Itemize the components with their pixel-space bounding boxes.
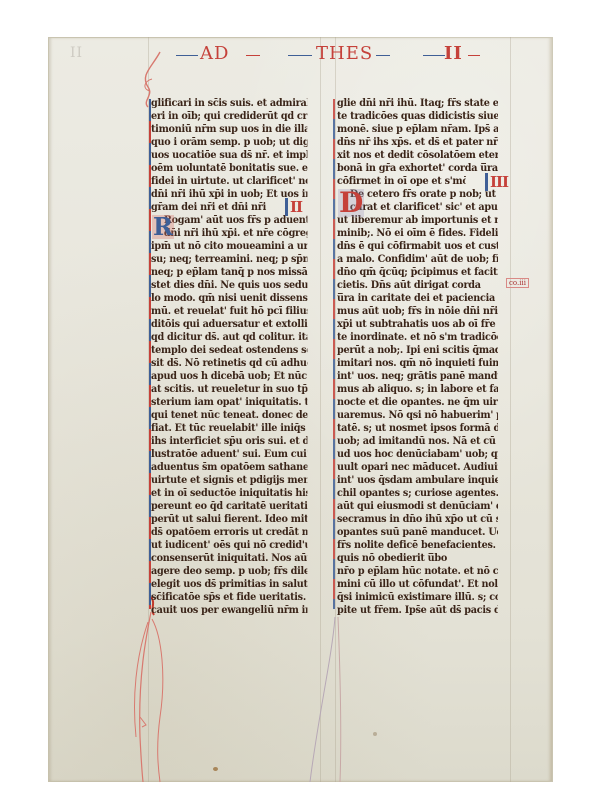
text-line: mini cū illo ut cōfundat'. Et nolite (337, 578, 498, 591)
text-line: ipm̄ ut nō cito moueamini a uro sē (151, 240, 307, 253)
text-line: uos uocatiōe sua ds̄ nr̄. et impleat (151, 149, 307, 162)
text-line: lustratōe aduent' sui. Eum cui' e (151, 448, 307, 461)
text-line: dn̄s ē qui cōfirmabit uos et custodiet (337, 240, 498, 253)
text-line: fiat. Et tūc reuelabit' ille iniq̄s q̄ d… (151, 422, 307, 435)
text-line: a malo. Confidim' aūt de uob; fr̄s in (337, 253, 498, 266)
initial-d: D (338, 189, 364, 217)
text-line: chil opantes s; curiose agentes. Hijs (337, 487, 498, 500)
text-line: fidei in uirtute. ut clarificet' nomen (151, 175, 307, 188)
text-line: dn̄i nr̄i ihū xp̄i in uob; Et uos in ill… (151, 188, 307, 201)
text-line: timoniū nr̄m sup uos in die illa. In (151, 123, 307, 136)
text-line: bonā in gr̄a exhortet' corda u̅ra et (337, 162, 498, 175)
manuscript-leaf: II AD THES II glificari in sc̄is suis. e… (48, 37, 553, 782)
right-column-border (333, 99, 335, 609)
text-line: mū. et reuelat' fuit hō pcī filius p (151, 305, 307, 318)
text-line: perūt ut salui fierent. Ideo mittet illi… (151, 513, 307, 526)
text-line: te tradicōes quas didicistis siue p s' (337, 110, 498, 123)
text-line: tatē. s; ut nosmet ipsos formā darem' (337, 422, 498, 435)
text-line: te inordinate. et nō s'm tradicōem q̄m a… (337, 331, 498, 344)
text-line: ud uos hoc denūciabam' uob; qm̄ siq's nō (337, 448, 498, 461)
text-line: int' uos. neq; grātis panē manducaui (337, 370, 498, 383)
text-line: cietis. Dn̄s aūt dirigat corda (337, 279, 498, 292)
text-line: dn̄i nr̄i ihū xp̄i. et nr̄e cōgregatōis … (151, 227, 307, 240)
text-line: mus ab aliquo. s; in labore et fatigatiō… (337, 383, 498, 396)
text-line: uirtute et signis et pdigijs mendacib; (151, 474, 307, 487)
text-line: nocte et die opantes. ne q̄m uirm grā (337, 396, 498, 409)
text-line: quo i orām semp. p uob; ut dignetur (151, 136, 307, 149)
text-line: apud uos h dicebā uob; Et nūc q̄d detine (151, 370, 307, 383)
text-line: secramus in dn̄o ihū xp̄o ut cū silencio (337, 513, 498, 526)
stain-spot (213, 767, 218, 771)
text-line: glie dn̄i nr̄i ihū. Itaq; fr̄s state et … (337, 97, 498, 110)
text-line: aūt qui eiusmodi st̄ denūciam' et ob (337, 500, 498, 513)
text-line: sterium iam opat' iniquitatis. tm̄ ut (151, 396, 307, 409)
text-line: at scitis. ut reueletur in suo tp̄e. Nā … (151, 383, 307, 396)
text-line: elegit uos ds̄ primitias in salutē in (151, 578, 307, 591)
text-line: monē. siue p ep̄lam nr̄am. Ips̄ aūt (337, 123, 498, 136)
text-line: int' uos q̄sdam ambulare inquiete ni (337, 474, 498, 487)
chapter-marker-ii: II (285, 198, 302, 216)
text-line: ditōis qui aduersatur et extollit' sup o… (151, 318, 307, 331)
text-line: oēm uoluntatē bonitatis sue. et op' (151, 162, 307, 175)
text-line: neq; p ep̄lam tanq̄ p nos missā q̄si in (151, 266, 307, 279)
margin-note: co.iii (506, 278, 529, 288)
text-line: quis nō obedierit u̅bo (337, 552, 498, 565)
text-line: q̄si inimicū existimare illū. s; corri (337, 591, 498, 604)
text-line: opantes suū panē manducet. Uos aūt (337, 526, 498, 539)
text-line: et in oī seductōe iniquitatis his qui (151, 487, 307, 500)
text-line: aduentus s̄m opatōem sathane in oī (151, 461, 307, 474)
text-line: eri in oīb; qui crediderūt qd̄ creditū ē… (151, 110, 307, 123)
text-line: ihs interficiet sp̄u oris sui. et destru… (151, 435, 307, 448)
text-line: uult opari nec māducet. Audiuim' ei (337, 461, 498, 474)
text-line: ds̄ opatōem erroris ut credāt mēdacio et (151, 526, 307, 539)
left-text-column: glificari in sc̄is suis. et admirabilis … (151, 97, 321, 617)
text-line: sc̄ificatōe sp̄s et fide ueritatis. in q… (151, 591, 307, 604)
text-line: ut iudicent' oēs qui nō credid'unt uerit… (151, 539, 307, 552)
text-line: uob; ad imitandū nos. Nā et cū eēm' ap (337, 435, 498, 448)
text-line: templo dei sedeat ostendens se tanq̄ sit (151, 344, 307, 357)
text-line: agere deo semp. p uob; fr̄s dilecti a dn… (151, 565, 307, 578)
text-line: perūt a nob;. Ipi eni scitis q̄mad modū … (337, 344, 498, 357)
text-line: fr̄s nolite deficē benefacientes. Qd̄ si (337, 539, 498, 552)
text-line: consenserūt iniquitati. Nos aūt debem' g… (151, 552, 307, 565)
text-line: mus aūt uob; fr̄s in nōie dn̄i nr̄i ihū (337, 305, 498, 318)
initial-r: R (152, 215, 174, 239)
text-line: stet dies dn̄i. Ne quis uos seducat ull (151, 279, 307, 292)
text-line: imitari nos. qm̄ nō inquieti fuimus (337, 357, 498, 370)
text-line: cauit uos per ewangeliū nr̄m in acq̄sitō… (151, 604, 307, 617)
text-line: su; neq; terreamini. neq; p sp̄m. neq; p… (151, 253, 307, 266)
chapter-marker-iii: III (485, 173, 508, 191)
text-line: dn̄o qm̄ q̄cūq; p̄cipimus et facitis et … (337, 266, 498, 279)
text-line: qui tenet nūc teneat. donec de medio (151, 409, 307, 422)
text-line: glificari in sc̄is suis. et admirabilis … (151, 97, 307, 110)
text-line: xit nos et dedit cōsolatōem eternā. et s… (337, 149, 498, 162)
text-line: lo modo. qm̄ nisi uenit dissensio pri (151, 292, 307, 305)
text-line: sit ds̄. Nō retinetis qd̄ cū adhuc essē (151, 357, 307, 370)
text-line: uaremus. Nō qsi nō habuerim' potes (337, 409, 498, 422)
text-line: minib;. Nō ei oīm ē fides. Fidelis aūt (337, 227, 498, 240)
text-line: nr̄o p ep̄lam hūc notate. et nō cōmiscea (337, 565, 498, 578)
text-line: pite ut fr̄em. Ips̄e aūt ds̄ pacis det u… (337, 604, 498, 617)
text-line: u̅ra in caritate dei et paciencia xp̄i. … (337, 292, 498, 305)
text-line: pereunt eo q̄d caritatē ueritatis nō rec… (151, 500, 307, 513)
stain-spot (373, 732, 377, 736)
text-line: Rogam' aūt uos fr̄s p aduentum (151, 214, 307, 227)
text-line: xp̄i ut subtrahatis uos ab oī fr̄e ambul… (337, 318, 498, 331)
text-line: qd̄ dicitur ds̄. aut qd̄ colitur. ita ut… (151, 331, 307, 344)
text-line: dn̄s nr̄ ihs xp̄s. et ds̄ et pater nr̄ q… (337, 136, 498, 149)
